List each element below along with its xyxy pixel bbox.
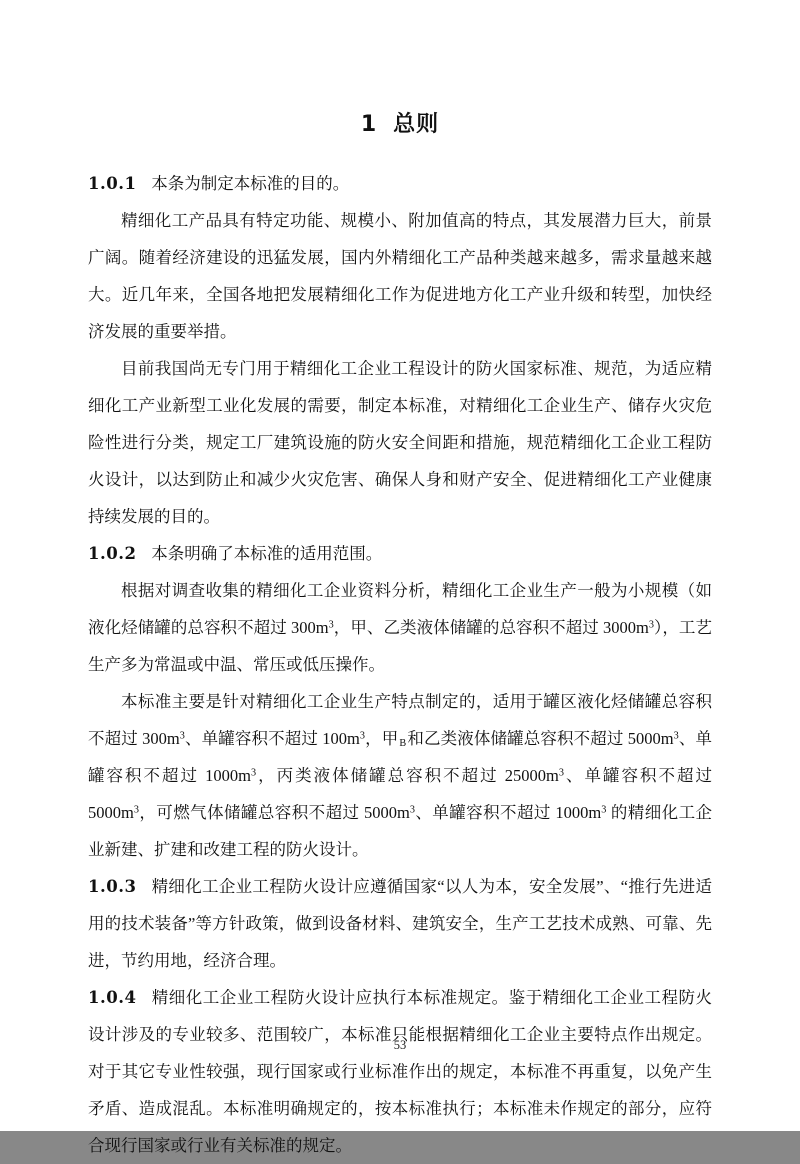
paragraph: 精细化工产品具有特定功能、规模小、附加值高的特点，其发展潜力巨大，前景广阔。随着… bbox=[88, 202, 712, 350]
text-run: 本条明确了本标准的适用范围。 bbox=[151, 544, 382, 563]
subscript: B bbox=[399, 738, 406, 749]
text-run: ，可燃气体储罐总容积不超过 5000m bbox=[139, 803, 410, 822]
paragraph: 根据对调查收集的精细化工企业资料分析，精细化工企业生产一般为小规模（如液化烃储罐… bbox=[88, 572, 712, 683]
text-run: ，丙类液体储罐总容积不超过 25000m bbox=[256, 766, 559, 785]
text-run: ，甲 bbox=[365, 729, 398, 748]
clause-number: 1.0.1 bbox=[88, 174, 136, 193]
document-page: 1总则 1.0.1本条为制定本标准的目的。精细化工产品具有特定功能、规模小、附加… bbox=[0, 0, 800, 1131]
text-run: 和乙类液体储罐总容积不超过 5000m bbox=[407, 729, 673, 748]
paragraph: 目前我国尚无专门用于精细化工企业工程设计的防火国家标准、规范，为适应精细化工产业… bbox=[88, 350, 712, 535]
clause-number: 1.0.3 bbox=[88, 877, 136, 896]
page-number: 53 bbox=[394, 1038, 407, 1052]
text-run: 精细化工产品具有特定功能、规模小、附加值高的特点，其发展潜力巨大，前景广阔。随着… bbox=[88, 211, 712, 341]
section-number: 1 bbox=[361, 112, 377, 137]
section-title: 1总则 bbox=[88, 112, 712, 138]
text-run: ，甲、乙类液体储罐的总容积不超过 3000m bbox=[334, 618, 649, 637]
section-label: 总则 bbox=[393, 112, 439, 137]
text-run: 目前我国尚无专门用于精细化工企业工程设计的防火国家标准、规范，为适应精细化工产业… bbox=[88, 359, 712, 526]
text-run: 、单罐容积不超过 100m bbox=[185, 729, 360, 748]
clause-paragraph: 1.0.2本条明确了本标准的适用范围。 bbox=[88, 535, 712, 572]
clause-paragraph: 1.0.4精细化工企业工程防火设计应执行本标准规定。鉴于精细化工企业工程防火设计… bbox=[88, 979, 712, 1164]
page-footer: 53 bbox=[0, 1038, 800, 1053]
clause-number: 1.0.2 bbox=[88, 544, 136, 563]
text-run: 本条为制定本标准的目的。 bbox=[151, 174, 349, 193]
clause-number: 1.0.4 bbox=[88, 988, 136, 1007]
paragraph: 本标准主要是针对精细化工企业生产特点制定的，适用于罐区液化烃储罐总容积不超过 3… bbox=[88, 683, 712, 868]
body-text: 1.0.1本条为制定本标准的目的。精细化工产品具有特定功能、规模小、附加值高的特… bbox=[88, 165, 712, 1164]
text-run: 精细化工企业工程防火设计应遵循国家“以人为本，安全发展”、“推行先进适用的技术装… bbox=[88, 877, 712, 970]
text-run: 精细化工企业工程防火设计应执行本标准规定。鉴于精细化工企业工程防火设计涉及的专业… bbox=[88, 988, 712, 1155]
clause-paragraph: 1.0.3精细化工企业工程防火设计应遵循国家“以人为本，安全发展”、“推行先进适… bbox=[88, 868, 712, 979]
text-run: 、单罐容积不超过 1000m bbox=[415, 803, 601, 822]
clause-paragraph: 1.0.1本条为制定本标准的目的。 bbox=[88, 165, 712, 202]
